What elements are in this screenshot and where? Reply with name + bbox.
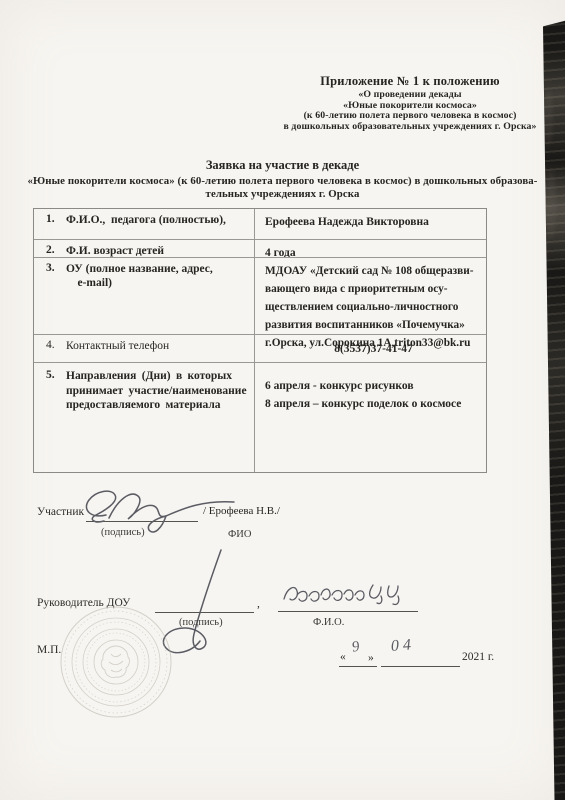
- row-number: 5.: [42, 369, 66, 472]
- row-value: 8(3537)37-41-47: [334, 343, 413, 355]
- table-value-cell: 4 года: [255, 240, 486, 257]
- scanned-application-document: Приложение № 1 к положению «О проведении…: [0, 0, 565, 800]
- participant-fio-caption: ФИО: [228, 529, 251, 540]
- head-name-handwriting: [281, 578, 406, 608]
- appendix-line: «О проведении декады: [250, 90, 565, 101]
- date-open-quote: «: [340, 651, 346, 663]
- row-number: 3.: [42, 262, 66, 334]
- table-value-cell: 8(3537)37-41-47: [255, 335, 486, 363]
- table-label-cell: 3. ОУ (полное название, адрес, e-mail): [34, 258, 255, 334]
- participant-name-text: / Ерофеева Н.В./: [203, 505, 280, 517]
- appendix-line: в дошкольных образовательных учреждениях…: [250, 122, 565, 133]
- row-number: 1.: [42, 213, 66, 239]
- row-label: Ф.И.О., педагога (полностью),: [66, 213, 226, 239]
- row-label: Ф.И. возраст детей: [66, 244, 164, 257]
- table-row: 2. Ф.И. возраст детей 4 года: [34, 239, 486, 257]
- table-label-cell: 5. Направления (Дни) в которых принимает…: [34, 363, 255, 472]
- table-row: 4. Контактный телефон 8(3537)37-41-47: [34, 334, 486, 363]
- table-row: 1. Ф.И.О., педагога (полностью), Ерофеев…: [34, 209, 486, 239]
- row-label: ОУ (полное название, адрес, e-mail): [66, 262, 213, 334]
- table-label-cell: 4. Контактный телефон: [34, 335, 255, 363]
- head-name-line: [278, 611, 418, 612]
- row-value: Ерофеева Надежда Викторовна: [265, 216, 429, 228]
- row-number: 4.: [42, 339, 66, 363]
- table-row: 3. ОУ (полное название, адрес, e-mail) М…: [34, 257, 486, 334]
- head-fio-caption: Ф.И.О.: [313, 617, 344, 628]
- date-close-quote: »: [368, 652, 374, 664]
- head-separator: ,: [257, 598, 260, 610]
- appendix-line: Приложение № 1 к положению: [250, 74, 565, 88]
- row-label: Направления (Дни) в которых принимает уч…: [66, 369, 247, 472]
- document-title: Заявка на участие в декаде «Юные покорит…: [10, 158, 555, 200]
- title-line-3: тельных учреждениях г. Орска: [10, 188, 555, 201]
- date-day-handwritten: 9: [351, 638, 363, 656]
- head-podpis-caption: (подпись): [179, 617, 223, 628]
- title-line-1: Заявка на участие в декаде: [10, 158, 555, 172]
- participant-podpis-caption: (подпись): [101, 527, 145, 538]
- table-label-cell: 2. Ф.И. возраст детей: [34, 240, 255, 257]
- table-value-cell: МДОАУ «Детский сад № 108 общеразви- вающ…: [255, 258, 486, 334]
- row-label: Контактный телефон: [66, 339, 169, 363]
- title-line-2: «Юные покорители космоса» (к 60-летию по…: [10, 175, 555, 188]
- date-day-line: [339, 666, 377, 667]
- appendix-header: Приложение № 1 к положению «О проведении…: [250, 74, 565, 132]
- row-value: 6 апреля - конкурс рисунков 8 апреля – к…: [265, 380, 461, 410]
- table-row: 5. Направления (Дни) в которых принимает…: [34, 362, 486, 472]
- table-value-cell: 6 апреля - конкурс рисунков 8 апреля – к…: [255, 363, 486, 472]
- table-label-cell: 1. Ф.И.О., педагога (полностью),: [34, 209, 255, 239]
- table-value-cell: Ерофеева Надежда Викторовна: [255, 209, 486, 239]
- row-number: 2.: [42, 244, 66, 257]
- official-stamp: [56, 602, 176, 722]
- date-year-text: 2021 г.: [462, 651, 494, 663]
- application-table: 1. Ф.И.О., педагога (полностью), Ерофеев…: [33, 208, 487, 473]
- date-month-line: [381, 666, 460, 667]
- date-month-handwritten: 04: [390, 636, 415, 656]
